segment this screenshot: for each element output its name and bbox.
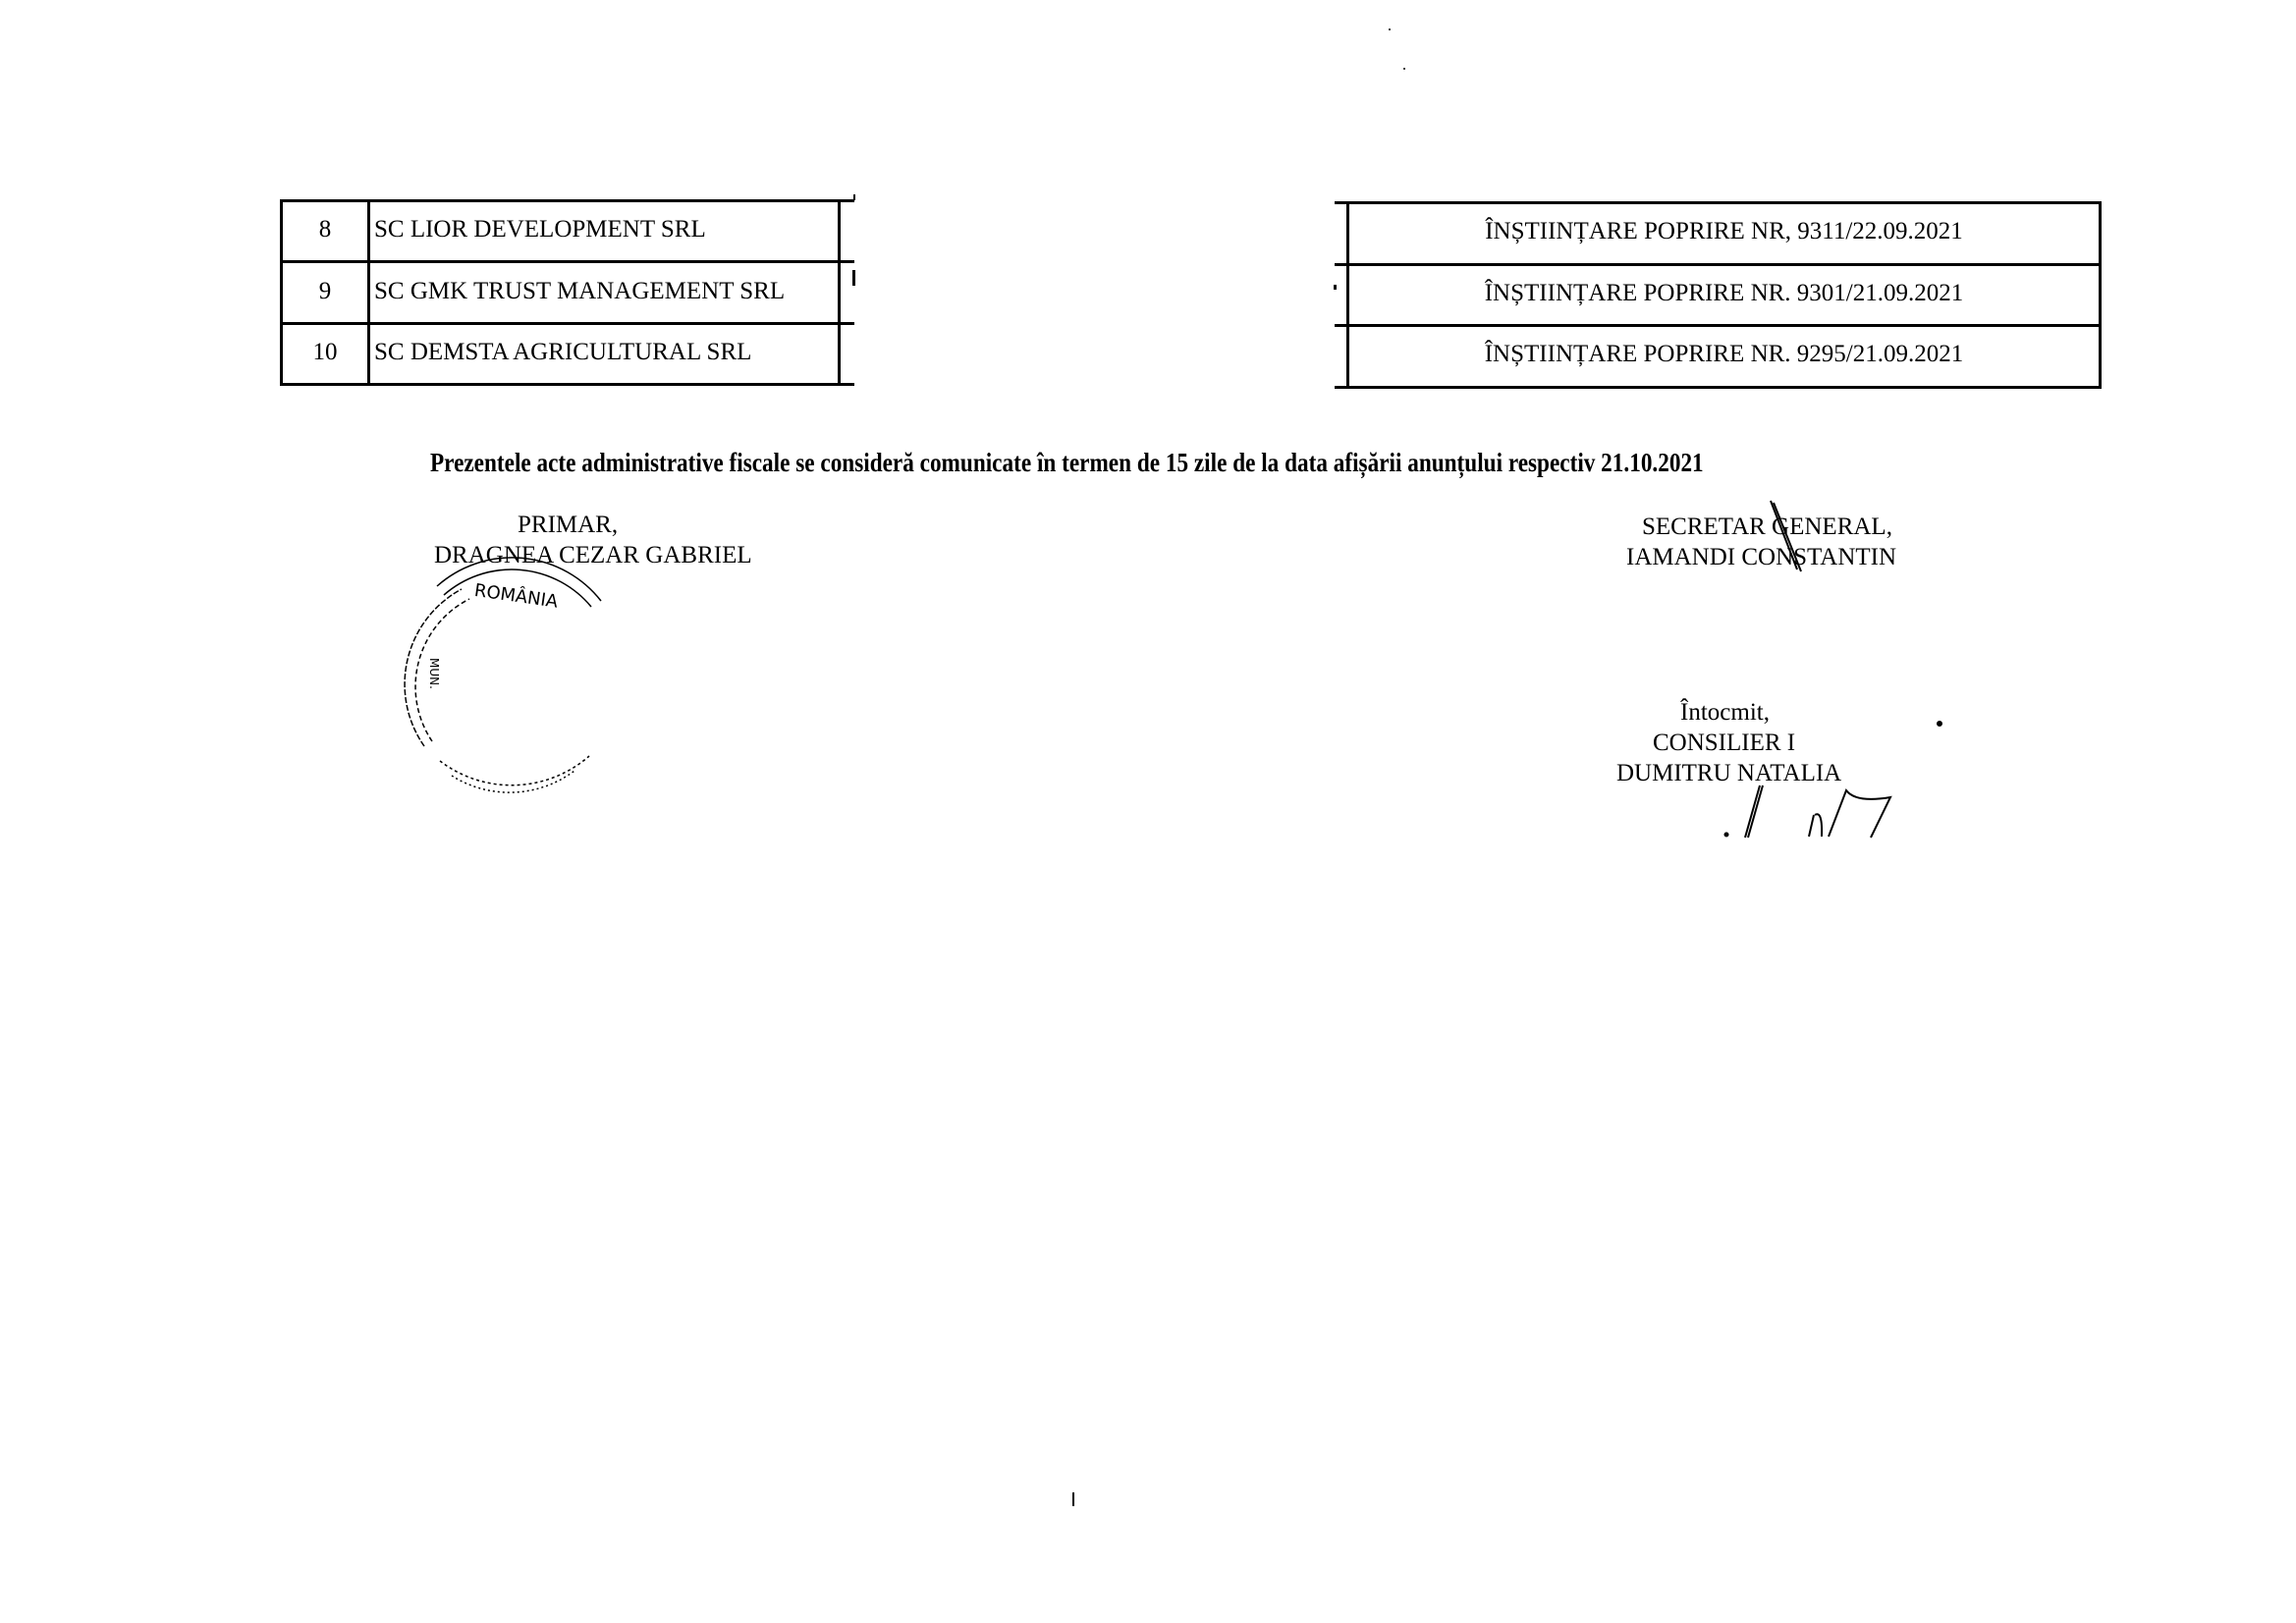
official-stamp-icon: ROMÂNIA MUN. xyxy=(405,558,601,792)
svg-text:MUN.: MUN. xyxy=(427,658,441,689)
handwritten-signature-icon xyxy=(1725,501,1942,838)
svg-text:ROMÂNIA: ROMÂNIA xyxy=(473,579,561,613)
scan-noise xyxy=(852,28,1405,1506)
stamp-and-signatures: ROMÂNIA MUN. xyxy=(0,0,2296,1623)
